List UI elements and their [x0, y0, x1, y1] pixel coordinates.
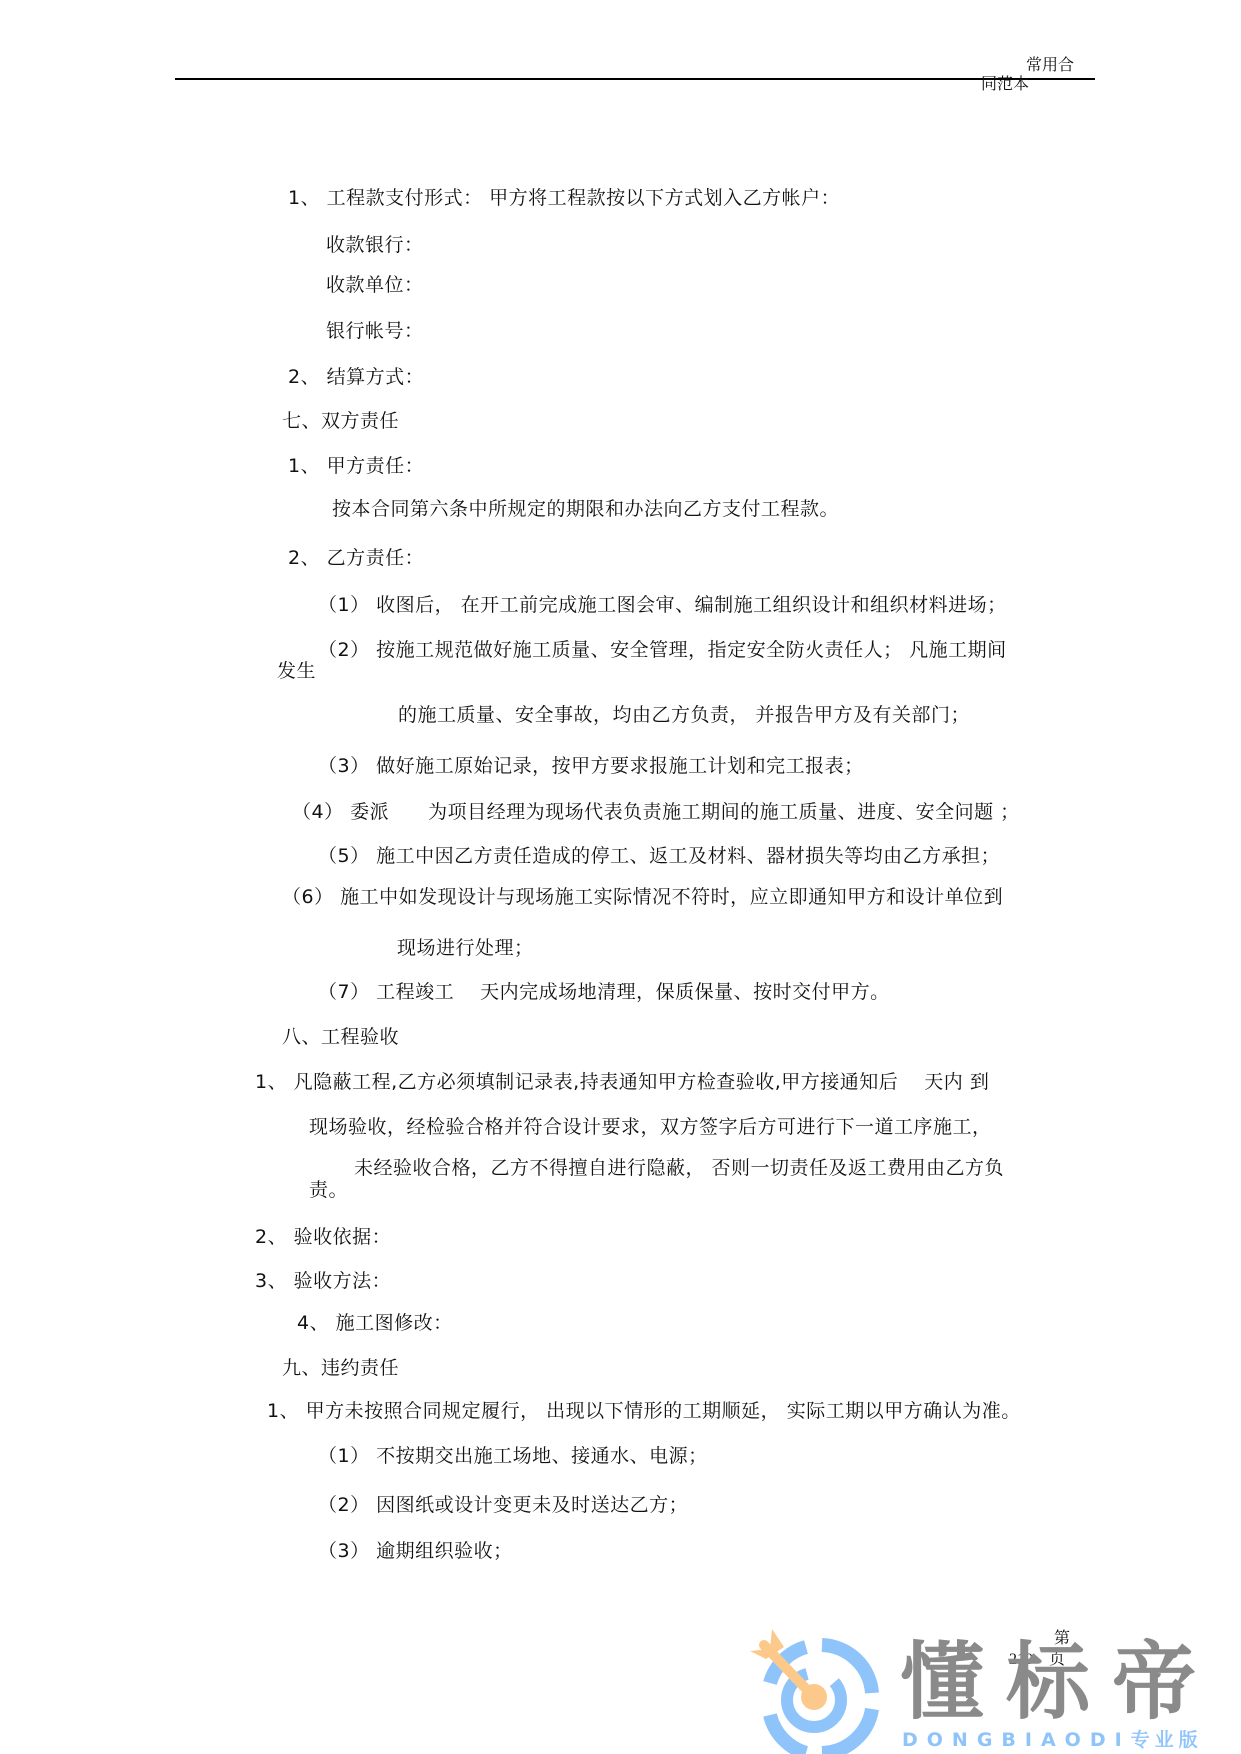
- watermark-brand-en-text: DONGBIAODI: [902, 1729, 1131, 1751]
- watermark: 懂标帝 DONGBIAODI专业版: [740, 1625, 1220, 1754]
- text-line: 2、 乙方责任：: [288, 547, 424, 569]
- header-title-line1: 常用合: [1026, 56, 1074, 74]
- text-line: （4） 委派 为项目经理为现场代表负责施工期间的施工质量、进度、安全问题 ；: [292, 801, 1020, 823]
- text-line: 收款单位：: [326, 274, 424, 296]
- text-line: （3） 逾期组织验收；: [318, 1540, 513, 1562]
- text-line: （1） 收图后， 在开工前完成施工图会审、编制施工组织设计和组织材料进场；: [318, 594, 1007, 616]
- text-line: 1、 凡隐蔽工程,乙方必须填制记录表,持表通知甲方检查验收,甲方接通知后 天内 …: [255, 1071, 989, 1093]
- header-rule: [175, 78, 1095, 80]
- text-line: 现场进行处理；: [397, 937, 534, 959]
- text-line: 2、 验收依据：: [255, 1226, 391, 1248]
- text-line: （1） 不按期交出施工场地、接通水、电源；: [318, 1445, 708, 1467]
- text-line: （2） 因图纸或设计变更未及时送达乙方；: [318, 1494, 688, 1516]
- text-line: （7） 工程竣工 天内完成场地清理，保质保量、按时交付甲方。: [318, 981, 890, 1003]
- header-title-line2: 同范本: [981, 75, 1029, 93]
- text-line: 现场验收，经检验合格并符合设计要求，双方签字后方可进行下一道工序施工，: [309, 1116, 992, 1138]
- text-line: 发生: [277, 660, 316, 682]
- text-line: （6） 施工中如发现设计与现场施工实际情况不符时，应立即通知甲方和设计单位到: [282, 886, 1003, 908]
- text-line: 七、双方责任: [282, 410, 399, 432]
- text-line: 八、工程验收: [282, 1026, 399, 1048]
- text-line: 3、 验收方法：: [255, 1270, 391, 1292]
- text-line: （5） 施工中因乙方责任造成的停工、返工及材料、器材损失等均由乙方承担；: [318, 845, 1000, 867]
- text-line: 责。: [309, 1179, 348, 1201]
- text-line: 1、 甲方未按照合同规定履行， 出现以下情形的工期顺延， 实际工期以甲方确认为准…: [267, 1400, 1021, 1422]
- text-line: 4、 施工图修改：: [297, 1312, 453, 1334]
- text-line: 1、 甲方责任：: [288, 455, 424, 477]
- watermark-brand-en: DONGBIAODI专业版: [902, 1729, 1203, 1751]
- watermark-brand-cn: 懂标帝: [900, 1637, 1218, 1727]
- text-line: 未经验收合格，乙方不得擅自进行隐蔽， 否则一切责任及返工费用由乙方负: [354, 1157, 1004, 1179]
- text-line: 按本合同第六条中所规定的期限和办法向乙方支付工程款。: [332, 498, 839, 520]
- text-line: （2） 按施工规范做好施工质量、安全管理，指定安全防火责任人； 凡施工期间: [318, 639, 1007, 661]
- text-line: 银行帐号：: [326, 320, 424, 342]
- text-line: 收款银行：: [326, 234, 424, 256]
- text-line: 1、 工程款支付形式： 甲方将工程款按以下方式划入乙方帐户：: [288, 187, 840, 209]
- text-line: 2、 结算方式：: [288, 366, 424, 388]
- text-line: 的施工质量、安全事故，均由乙方负责， 并报告甲方及有关部门；: [398, 704, 970, 726]
- target-logo-icon: [740, 1625, 900, 1754]
- text-line: 九、违约责任: [282, 1357, 399, 1379]
- text-line: （3） 做好施工原始记录，按甲方要求报施工计划和完工报表；: [318, 755, 864, 777]
- watermark-edition: 专业版: [1131, 1729, 1203, 1751]
